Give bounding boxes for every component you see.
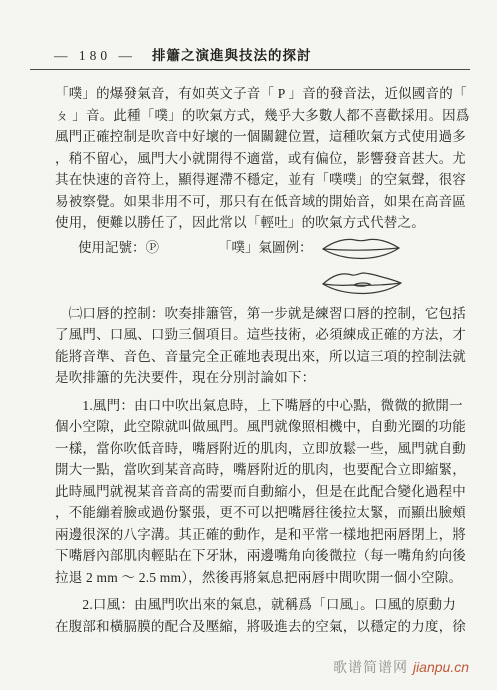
notation-and-figures: 使用記號：Ⓟ 「噗」氣圖例：	[55, 237, 467, 301]
text-line: 個小空隙，此空隙就叫做風門。風門就像照相機中，自動光圈的功能	[55, 416, 467, 438]
watermark-site-name: 歌谱简谱网	[333, 659, 408, 675]
usage-symbol-label: 使用記號：Ⓟ	[78, 237, 159, 259]
text-line: 在腹部和橫膈膜的配合及壓縮，將吸進去的空氣，以穩定的力度，徐	[55, 616, 467, 638]
text-line: ㄆ 」音。此種「噗」的吹氣方式，幾乎大多數人都不喜歡採用。因爲	[55, 105, 467, 127]
site-watermark: 歌谱简谱网jianpu.cn	[333, 657, 469, 677]
page-header: — 180 — 排簫之演進與技法的探討	[30, 44, 470, 70]
text-line: 使用，便難以勝任了，因此常以「輕吐」的吹氣方式代替之。	[55, 212, 467, 234]
lips-closed-icon	[320, 233, 402, 261]
text-line: ，稍不留心，風門大小就開得不適當，或有偏位，影響發音甚大。尤	[55, 148, 467, 170]
page-number: — 180 —	[54, 48, 136, 64]
paragraph-mouth-wind: 2.口風：由風門吹出來的氣息，就稱爲「口風」。口風的原動力在腹部和橫膈膜的配合及…	[55, 594, 467, 637]
watermark-site-url: jianpu.cn	[413, 659, 469, 675]
text-line: 拉退 2 mm ～ 2.5 mm），然後再將氣息把兩唇中間吹開一個小空隙。	[55, 567, 467, 589]
text-line: 能將音準、音色、音量完全正確地表現出來，所以這三項的控制法就	[55, 346, 467, 368]
scanned-book-page: — 180 — 排簫之演進與技法的探討 「噗」的爆發氣音，有如英文子音「 P 」…	[0, 0, 497, 690]
aperture-lips-figure	[320, 267, 404, 302]
lips-aperture-icon	[320, 267, 404, 297]
closed-lips-figure	[320, 233, 402, 266]
lip-example-label: 「噗」氣圖例：	[218, 237, 313, 259]
text-line: ，不能繃着臉或過份緊張，更不可以把嘴唇往後拉太緊，而顯出臉頰	[55, 502, 467, 524]
text-line: 1.風門：由口中吹出氣息時，上下嘴唇的中心點，微微的掀開一	[55, 395, 467, 417]
text-line: 易被察覺。如果非用不可，那只有在低音域的開始音，如果在高音區	[55, 191, 467, 213]
text-line: 了風門、口風、口勁三個項目。這些技術，必須練成正確的方法，才	[55, 324, 467, 346]
text-line: 風門正確控制是吹音中好壞的一個關鍵位置，這種吹氣方式使用過多	[55, 126, 467, 148]
text-line: 是吹排簫的先決要件，現在分別討論如下：	[55, 367, 467, 389]
text-line: 「噗」的爆發氣音，有如英文子音「 P 」音的發音法，近似國音的「	[55, 83, 467, 105]
paragraph-wind-gate: 1.風門：由口中吹出氣息時，上下嘴唇的中心點，微微的掀開一個小空隙，此空隙就叫做…	[55, 395, 467, 589]
text-line: ㈡口唇的控制：吹奏排簫管，第一步就是練習口唇的控制，它包括	[55, 303, 467, 325]
text-line: 此時風門就視某音音高的需要而自動縮小，但是在此配合變化過程中	[55, 481, 467, 503]
book-title: 排簫之演進與技法的探討	[152, 44, 312, 64]
paragraph-lip-control: ㈡口唇的控制：吹奏排簫管，第一步就是練習口唇的控制，它包括了風門、口風、口勁三個…	[55, 303, 467, 389]
page-body: 「噗」的爆發氣音，有如英文子音「 P 」音的發音法，近似國音的「ㄆ 」音。此種「…	[55, 83, 467, 637]
text-line: 一樣，當你吹低音時，嘴唇附近的肌肉，立即放鬆一些，風門就自動	[55, 438, 467, 460]
text-line: 兩邊很深的八字溝。其正確的動作，是和平常一樣地把兩唇閉上，將	[55, 524, 467, 546]
paragraph-pu-blowing: 「噗」的爆發氣音，有如英文子音「 P 」音的發音法，近似國音的「ㄆ 」音。此種「…	[55, 83, 467, 234]
text-line: 2.口風：由風門吹出來的氣息，就稱爲「口風」。口風的原動力	[55, 594, 467, 616]
text-line: 其在快速的音符上，顯得遲滯不穩定，並有「噗噗」的空氣聲，很容	[55, 169, 467, 191]
text-line: 開大一點，當吹到某音高時，嘴唇附近的肌肉，也要配合立即縮緊，	[55, 459, 467, 481]
text-line: 下嘴唇內部肌肉輕貼在下牙牀，兩邊嘴角向後微拉（每一嘴角約向後	[55, 545, 467, 567]
